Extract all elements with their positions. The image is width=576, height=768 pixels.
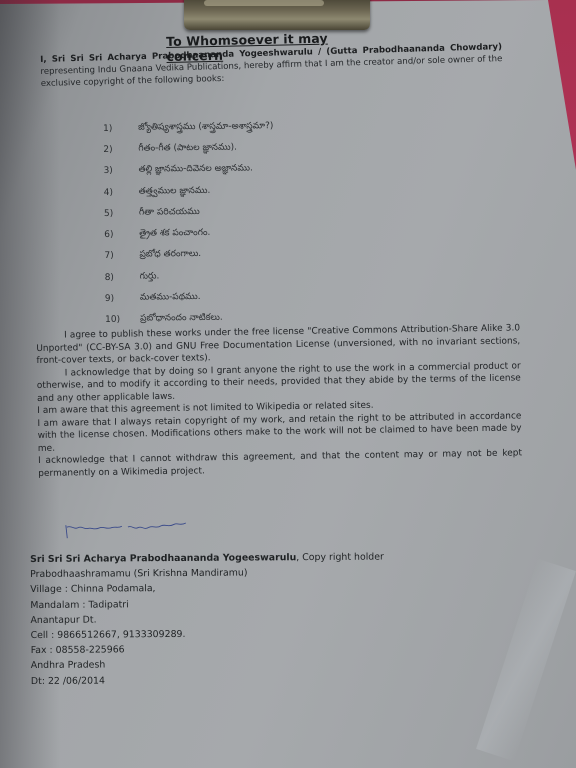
book-title: మతము-పథము. xyxy=(140,290,405,305)
book-item: 6)త్రైత శక పంచాంగం. xyxy=(104,221,404,245)
book-number: 4) xyxy=(104,187,139,197)
address-line: Dt: 22 /06/2014 xyxy=(31,671,431,689)
document: To Whomsoever it may concern I, Sri Sri … xyxy=(0,0,576,768)
holder-name: Sri Sri Sri Acharya Prabodhaananda Yogee… xyxy=(30,552,296,565)
book-number: 3) xyxy=(104,166,139,176)
book-number: 6) xyxy=(104,230,139,240)
address-lines: Prabodhaashramamu (Sri Krishna Mandiramu… xyxy=(30,564,431,688)
license-statement: I agree to publish these works under the… xyxy=(36,322,522,480)
book-title: త్రైత శక పంచాంగం. xyxy=(139,226,404,241)
book-number: 10) xyxy=(105,315,140,325)
book-title: ప్రబోధానందం నాటికలు. xyxy=(140,311,405,326)
holder-role: , Copy right holder xyxy=(296,552,384,564)
holder-line: Sri Sri Sri Acharya Prabodhaananda Yogee… xyxy=(30,549,430,567)
book-number: 7) xyxy=(104,251,139,261)
book-number: 2) xyxy=(103,145,138,155)
intro-paragraph: I, Sri Sri Sri Acharya Prabodhaananda Yo… xyxy=(40,41,503,90)
book-title: గీతా పరిచయము xyxy=(139,205,404,220)
book-number: 8) xyxy=(105,272,140,282)
book-number: 5) xyxy=(104,208,139,218)
book-title: తల్లి జ్ఞానము-దివెనల అజ్ఞానము. xyxy=(138,162,403,177)
book-title: తత్త్వముల జ్ఞానము. xyxy=(139,183,404,198)
book-title: గుర్తు. xyxy=(140,269,405,284)
book-number: 1) xyxy=(103,123,138,133)
book-number: 9) xyxy=(105,294,140,304)
book-list: 1)జ్యోతిష్యశాస్త్రము (శాస్త్రమా-అశాస్త్ర… xyxy=(103,115,405,331)
book-title: ప్రబోధ తరంగాలు. xyxy=(139,247,404,262)
book-title: గీతం-గీత (పాటల జ్ఞానము). xyxy=(138,141,403,156)
signature xyxy=(64,518,195,541)
book-title: జ్యోతిష్యశాస్త్రము (శాస్త్రమా-అశాస్త్రమా… xyxy=(138,119,403,134)
signatory-block: Sri Sri Sri Acharya Prabodhaananda Yogee… xyxy=(30,549,431,689)
